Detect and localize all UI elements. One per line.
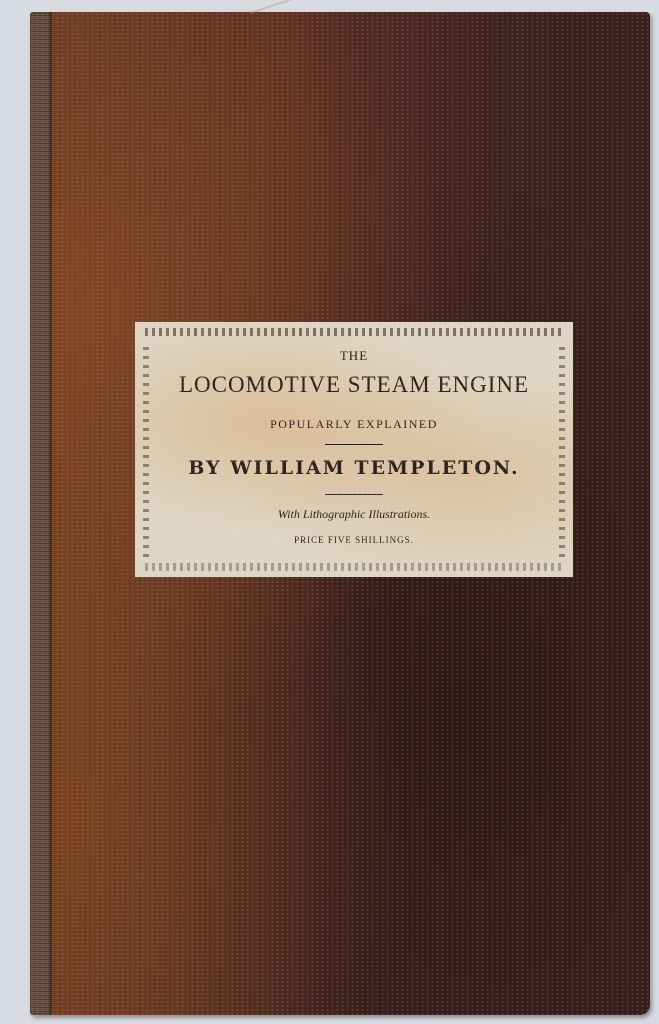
label-rule-1 [325,444,383,445]
cloth-spine [30,12,52,1015]
label-the: THE [135,348,573,364]
label-border-top [145,328,563,336]
label-price: PRICE FIVE SHILLINGS. [135,535,573,545]
label-author: BY WILLIAM TEMPLETON. [135,457,573,479]
label-border-left [143,342,149,557]
label-rule-2 [325,494,383,495]
label-border-right [559,342,565,557]
label-border-bottom [145,563,563,571]
book-cover: THE LOCOMOTIVE STEAM ENGINE POPULARLY EX… [30,12,650,1015]
cover-crease [250,0,355,14]
label-subtitle: POPULARLY EXPLAINED [135,417,573,432]
label-illustrations: With Lithographic Illustrations. [135,507,573,522]
paper-title-label: THE LOCOMOTIVE STEAM ENGINE POPULARLY EX… [135,322,573,577]
label-title: LOCOMOTIVE STEAM ENGINE [135,372,573,398]
